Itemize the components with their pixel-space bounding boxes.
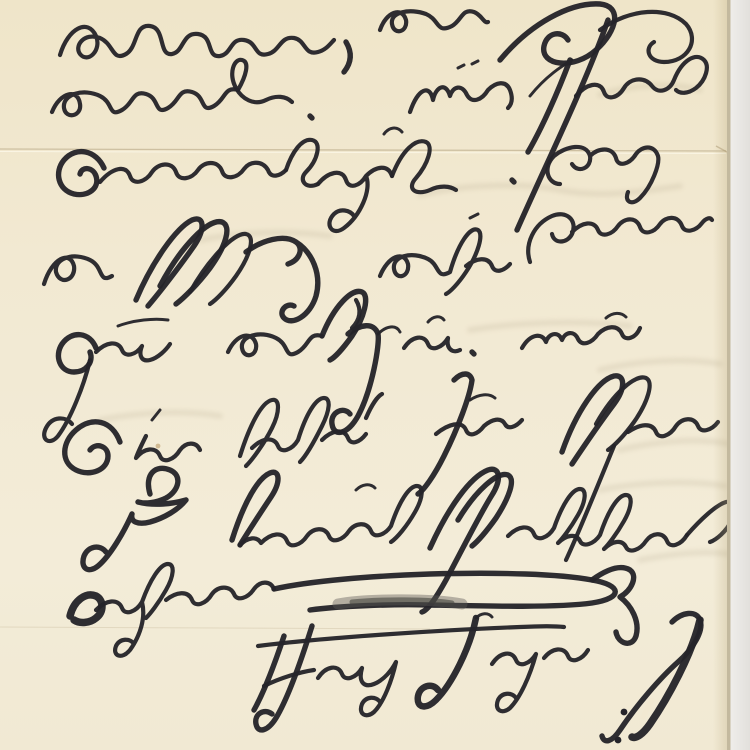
paper-right-edge	[713, 0, 750, 750]
signature-dot	[621, 709, 628, 716]
signature-dot	[615, 737, 622, 744]
letter-page-graphic	[0, 0, 750, 750]
paper-speck	[156, 444, 161, 449]
letter-scan: …bildchen, als sehr verwundern. Wir sind…	[0, 0, 750, 750]
